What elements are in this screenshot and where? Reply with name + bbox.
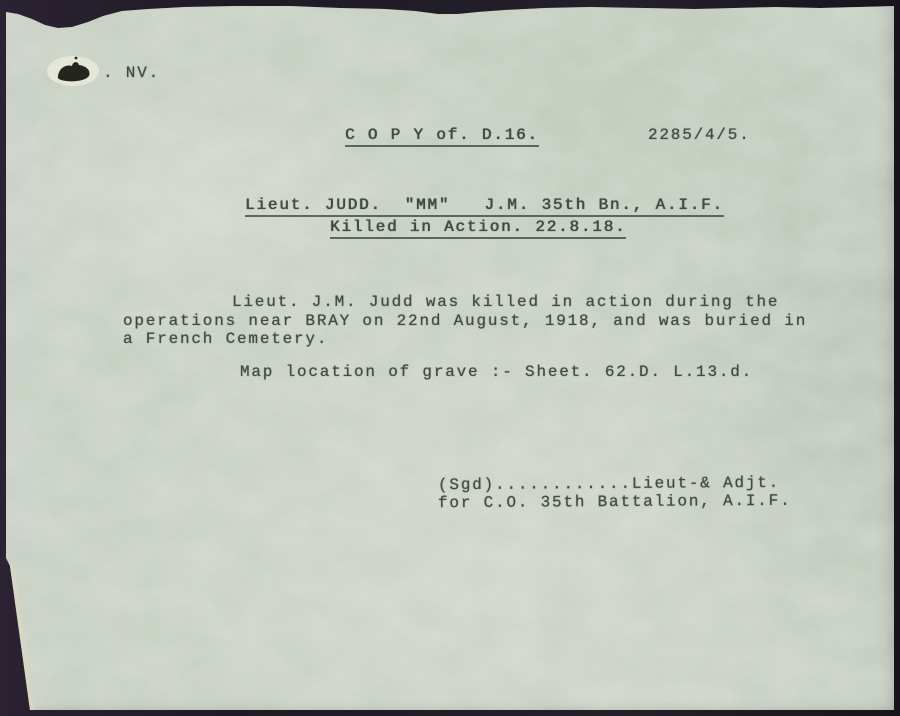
casualty-heading-line2: Killed in Action. 22.8.18. — [330, 218, 626, 239]
casualty-heading-line1: Lieut. JUDD. "MM" J.M. 35th Bn., A.I.F. — [245, 196, 724, 217]
paper-texture — [0, 0, 900, 716]
torn-edge-highlight — [9, 562, 37, 713]
body-line-3: a French Cemetery. — [123, 330, 328, 348]
signature-role-line: for C.O. 35th Battalion, A.I.F. — [438, 492, 792, 512]
signature-line: (Sgd)............Lieut-& Adjt. — [438, 474, 780, 494]
annotation-nv: . NV. — [103, 64, 160, 82]
map-location-line: Map location of grave :- Sheet. 62.D. L.… — [240, 363, 753, 381]
body-line-2: operations near BRAY on 22nd August, 191… — [123, 312, 807, 330]
paper-sheet: . NV. C O P Y of. D.16. 2285/4/5. Lieut.… — [0, 0, 900, 716]
scanned-document: . NV. C O P Y of. D.16. 2285/4/5. Lieut.… — [0, 0, 900, 716]
copy-heading: C O P Y of. D.16. — [345, 126, 539, 147]
file-reference: 2285/4/5. — [648, 126, 751, 144]
body-line-1: Lieut. J.M. Judd was killed in action du… — [232, 293, 779, 311]
ink-blot — [46, 52, 104, 94]
